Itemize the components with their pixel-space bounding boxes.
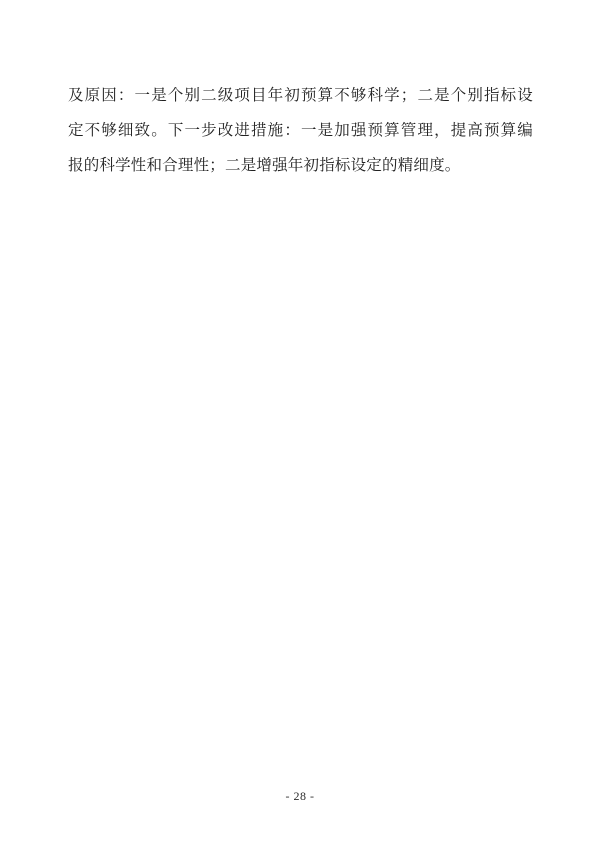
- body-paragraph: 及原因：一是个别二级项目年初预算不够科学；二是个别指标设 定不够细致。下一步改进…: [68, 78, 533, 183]
- paragraph-line-1: 及原因：一是个别二级项目年初预算不够科学；二是个别指标设: [68, 78, 533, 113]
- paragraph-line-3: 报的科学性和合理性；二是增强年初指标设定的精细度。: [68, 148, 533, 183]
- paragraph-line-2: 定不够细致。下一步改进措施：一是加强预算管理，提高预算编: [68, 113, 533, 148]
- page-number: - 28 -: [0, 789, 600, 804]
- document-page: 及原因：一是个别二级项目年初预算不够科学；二是个别指标设 定不够细致。下一步改进…: [0, 0, 600, 848]
